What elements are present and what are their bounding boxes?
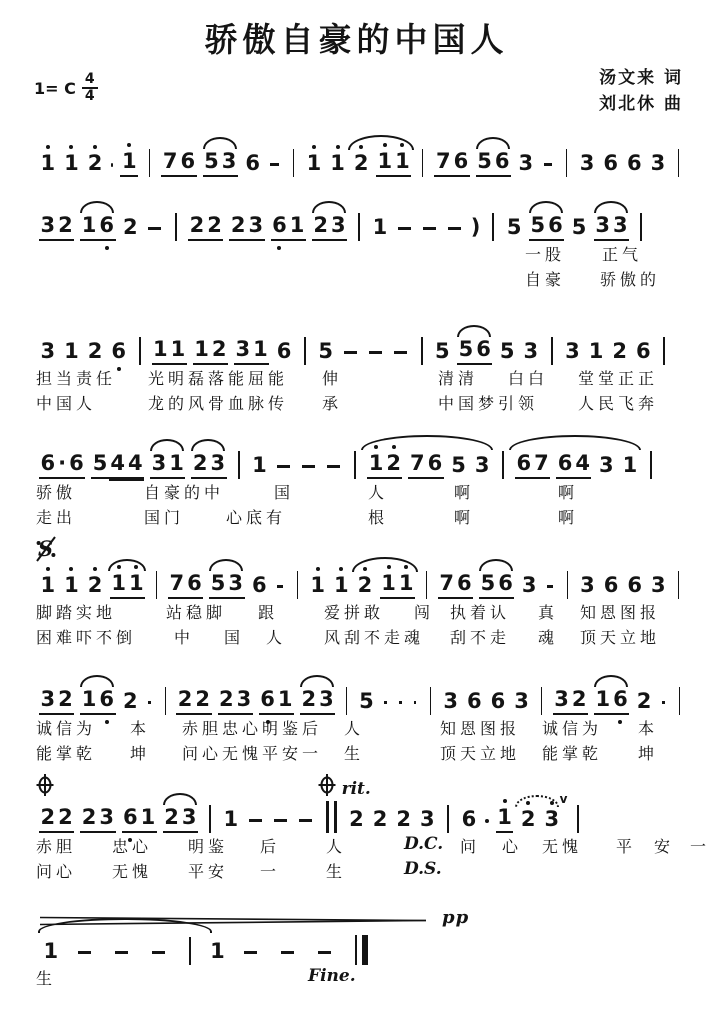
slur-arc [203, 137, 237, 149]
slur-arc [163, 793, 197, 805]
breath-mark-icon: v [560, 792, 568, 806]
augmentation-dot [485, 819, 489, 823]
note-group: 1 [496, 806, 514, 833]
lyric-row: 自豪骄傲的 [26, 266, 687, 291]
barline [678, 571, 679, 599]
octave-dot-above [46, 567, 50, 571]
note-group: 31 [150, 452, 185, 479]
lyric-text: 一 [260, 859, 280, 882]
note: 1 [367, 452, 385, 475]
note-group: 6 [110, 340, 128, 365]
lyric-text: 伸 [322, 366, 342, 389]
note: 2 [395, 808, 413, 831]
octave-dot-above [374, 445, 378, 449]
lyric-text: 生 [36, 966, 56, 989]
lyric-text: 无愧 [542, 834, 582, 857]
note: 3 [150, 452, 168, 475]
note-group: 2 [86, 152, 104, 177]
lyric-text: 坤 [638, 741, 658, 764]
barline [640, 213, 642, 241]
time-signature: 4 4 [82, 73, 98, 103]
note-group: 5 [358, 690, 376, 715]
note: 6 [612, 688, 630, 711]
note: 5 [476, 150, 494, 173]
note: 1 [120, 150, 138, 173]
duration-dash [78, 951, 91, 954]
slur-arc [300, 675, 334, 687]
lyric-row: 中国人龙的风骨血脉传承中国梦引领人民飞奔 [26, 390, 687, 415]
key-label: 1= C [34, 79, 76, 98]
note-group: 76 [161, 150, 196, 177]
music-line: 11217653611211765633663 [26, 143, 687, 177]
note: 1 [621, 454, 639, 477]
note-group: 5 [570, 216, 588, 241]
octave-dot-above [127, 143, 131, 147]
lyric-row: 困难吓不倒中国人风刮不走魂刮不走魂顶天立地 [26, 624, 687, 649]
note-group: 12 [367, 452, 402, 479]
key-time-signature: 1= C 4 4 [34, 73, 98, 103]
coda-icon [318, 773, 336, 801]
navigation-marking: D.S. [404, 859, 442, 879]
credits: 汤文来 词 刘北休 曲 [599, 65, 683, 117]
note: 6 [179, 150, 197, 173]
note: 3 [522, 340, 540, 363]
music-line: 32162222361231)556533 [26, 207, 687, 241]
note-group: 1 [587, 340, 605, 365]
note: 3 [227, 572, 245, 595]
note: 3 [594, 214, 612, 237]
duration-dash [274, 819, 287, 822]
note: 6 [602, 574, 620, 597]
note-group: 23 [80, 806, 115, 833]
lyric-row: 赤胆忠心明鉴后人D.C.问心无愧平安一 [26, 833, 687, 858]
duration-dash [302, 465, 315, 468]
score-line: 11217653611211765633663 [26, 143, 687, 177]
barline [354, 451, 356, 479]
slur-arc [529, 201, 563, 213]
slur-arc [191, 439, 225, 451]
note: 6 [625, 152, 643, 175]
barline [551, 337, 553, 365]
duration-dash [399, 701, 402, 704]
lyric-text: 执着认 [450, 600, 510, 623]
segno-icon: S [36, 535, 56, 567]
note-group: 31 [234, 338, 269, 365]
barline [156, 571, 157, 599]
duration-dash [148, 227, 161, 230]
note-group: 56 [529, 214, 564, 241]
note-group: 1 [371, 216, 389, 241]
octave-dot-above [69, 145, 73, 149]
note: 5 [450, 454, 468, 477]
note-group: 32 [39, 688, 74, 715]
note: 2 [176, 688, 194, 711]
slur-arc [479, 559, 513, 571]
note-group: 1 [621, 454, 639, 479]
note-group: 22 [176, 688, 211, 715]
navigation-marking: D.C. [404, 834, 443, 854]
duration-dash [277, 585, 283, 588]
lyric-text: 光明磊落能屈能 [148, 366, 288, 389]
note-group: 1 [63, 152, 81, 177]
lyric-text: 无愧 [112, 859, 152, 882]
note: 6 [489, 690, 507, 713]
note-group: 3 [579, 574, 597, 599]
barline [421, 337, 423, 365]
note-group: 5 [498, 340, 516, 365]
note: 6 [186, 572, 204, 595]
note-group: 32 [39, 214, 74, 241]
score-line: 32162222361231)556533一股正气自豪骄傲的 [26, 207, 687, 291]
lyric-text: 白白 [508, 366, 548, 389]
lyric-row: 骄傲自豪的中国人啊啊 [26, 479, 687, 504]
slur-arc [509, 435, 641, 450]
note-group: 11 [380, 572, 415, 599]
barline [426, 571, 427, 599]
note: 2 [80, 806, 98, 829]
lyric-text: 人 [344, 716, 364, 739]
note: 3 [318, 688, 336, 711]
note: 1 [168, 452, 186, 475]
lyric-text: 脚踏实地 [36, 600, 116, 623]
duration-dash [148, 701, 151, 704]
lyric-text: 龙的风骨血脉传 [148, 391, 288, 414]
lyric-text: 走出 [36, 505, 76, 528]
note-group: 76 [434, 150, 469, 177]
note-group: 33 [594, 214, 629, 241]
lyric-text: 中国人 [36, 391, 96, 414]
meta-row: 1= C 4 4 汤文来 词 刘北休 曲 [26, 63, 687, 117]
note: 6 [259, 688, 277, 711]
duration-dash [423, 227, 436, 230]
barline [304, 337, 306, 365]
note: 1 [309, 574, 327, 597]
note: 2 [188, 214, 206, 237]
lyric-text: 知恩图报 [440, 716, 520, 739]
note: 6 [426, 452, 444, 475]
note: 3 [330, 214, 348, 237]
note-group: 6 [251, 574, 269, 599]
note: 3 [597, 454, 615, 477]
music-line: 32162222361235366332162 [26, 681, 687, 715]
lyric-text: 本 [130, 716, 150, 739]
note: 3 [180, 806, 198, 829]
note-group: 76 [168, 572, 203, 599]
lyric-text: 堂堂正正 [578, 366, 658, 389]
note-group: 2 [122, 690, 140, 715]
note: 1 [39, 152, 57, 175]
note: 3 [235, 688, 253, 711]
duration-dash [344, 351, 357, 354]
duration-dash [547, 585, 553, 588]
note: 6 [275, 340, 293, 363]
note: 3 [234, 338, 252, 361]
note: 3 [39, 688, 57, 711]
note-group: 11 [152, 338, 187, 365]
note: 3 [39, 340, 57, 363]
note-group: 3 [520, 574, 538, 599]
lyric-row: 担当责任光明磊落能屈能伸清清白白堂堂正正 [26, 365, 687, 390]
note-group: 6 [275, 340, 293, 365]
note: 6 [493, 150, 511, 173]
note: 4 [109, 452, 127, 475]
duration-dash [249, 819, 262, 822]
note: 2 [122, 216, 140, 239]
lyric-text: 闯 [414, 600, 434, 623]
lyric-text: 坤 [130, 741, 150, 764]
note-group: 6·6 [39, 452, 85, 479]
note: 2 [57, 214, 75, 237]
lyric-text: 魂 [538, 625, 558, 648]
duration-dash [115, 951, 128, 954]
score-line: pp11生Fine. [26, 913, 687, 990]
note: · [57, 452, 68, 475]
note: 3 [39, 214, 57, 237]
note: 2 [300, 688, 318, 711]
note-group: 6 [625, 152, 643, 177]
note: 5 [570, 216, 588, 239]
lyric-text: 国门 [144, 505, 184, 528]
note-group: 6 [602, 574, 620, 599]
note: 1 [80, 688, 98, 711]
note-group: 6 [626, 574, 644, 599]
note: 6 [475, 338, 493, 361]
lyric-text: 平 [616, 834, 636, 857]
lyric-text: 顶天立地 [440, 741, 520, 764]
note: 1 [169, 338, 187, 361]
note: 6 [98, 214, 116, 237]
note-group: 2 [348, 808, 366, 833]
barline [175, 213, 177, 241]
note: 1 [252, 338, 270, 361]
note: 1 [152, 338, 170, 361]
octave-dot-above [117, 565, 121, 569]
note-group: 5 [434, 340, 452, 365]
lyric-text: 国 [224, 625, 244, 648]
note: 3 [209, 452, 227, 475]
octave-dot-above [69, 567, 73, 571]
note: 7 [438, 572, 456, 595]
note: 2 [352, 152, 370, 175]
note: 1 [288, 214, 306, 237]
note: 3 [578, 152, 596, 175]
note: 3 [517, 152, 535, 175]
note-group: 64 [556, 452, 591, 479]
octave-dot-above [387, 565, 391, 569]
note: 5 [203, 150, 221, 173]
note: 2 [122, 690, 140, 713]
lyric-row: 能掌乾坤问心无愧平安一生顶天立地能掌乾坤 [26, 740, 687, 765]
note: 5 [317, 340, 335, 363]
barline [447, 805, 449, 833]
note-group: 3 [517, 152, 535, 177]
score-line: S112117653611211765633663脚踏实地站稳脚跟爱拼敢闯执着认… [26, 565, 687, 649]
note: 1 [80, 214, 98, 237]
barline [149, 149, 150, 177]
note: 5 [529, 214, 547, 237]
barline [650, 451, 652, 479]
note-group: 2 [635, 690, 653, 715]
duration-dash [414, 701, 417, 704]
note: 4 [126, 452, 144, 475]
note-group: 76 [408, 452, 443, 479]
barline [293, 149, 294, 177]
note: 1 [110, 572, 128, 595]
note: 5 [358, 690, 376, 713]
note-group: 6 [489, 690, 507, 715]
note-group: 1 [309, 574, 327, 599]
note-group: 2 [371, 808, 389, 833]
note: 6 [602, 152, 620, 175]
lyric-text: 中 [174, 625, 194, 648]
octave-dot-above [503, 799, 507, 803]
lyric-text: 刮不走 [450, 625, 510, 648]
note-group: 3 [522, 340, 540, 365]
lyric-text: 能掌乾 [542, 741, 602, 764]
note: 1 [376, 150, 394, 173]
note-group: 22 [39, 806, 74, 833]
barline [422, 149, 423, 177]
slur-arc [80, 201, 114, 213]
note: 1 [397, 572, 415, 595]
note: 1 [39, 574, 57, 597]
note-group: 6 [602, 152, 620, 177]
lyric-text: 骄傲的 [600, 267, 660, 290]
lyric-text: 诚信为 [542, 716, 602, 739]
octave-dot-above [336, 145, 340, 149]
note: 1 [276, 688, 294, 711]
note: 1 [251, 454, 269, 477]
lyric-text: 国 [274, 480, 294, 503]
note-group: 3 [649, 152, 667, 177]
note: 6 [626, 574, 644, 597]
lyric-text: 自豪的中 [144, 480, 224, 503]
note: 3 [247, 214, 265, 237]
note-group: 1 [120, 150, 138, 177]
note-group: 56 [479, 572, 514, 599]
lyric-text: 爱拼敢 [324, 600, 384, 623]
octave-dot-above [404, 565, 408, 569]
note: 6 [515, 452, 533, 475]
note-group: 3 [513, 690, 531, 715]
note: 7 [408, 452, 426, 475]
lyric-text: 啊 [454, 480, 474, 503]
note-group: 6 [635, 340, 653, 365]
lyric-text: 正气 [602, 242, 642, 265]
note: 6 [497, 572, 515, 595]
octave-dot-above [134, 565, 138, 569]
note: 7 [533, 452, 551, 475]
lyric-row: 诚信为本赤胆忠心明鉴后人知恩图报诚信为本 [26, 715, 687, 740]
octave-dot-above [316, 567, 320, 571]
note: 6 [244, 152, 262, 175]
note-group: 61 [259, 688, 294, 715]
note-group: 61 [122, 806, 157, 833]
duration-dash [327, 465, 340, 468]
note: 6 [122, 806, 140, 829]
score-line: 222361231rit.22236123v赤胆忠心明鉴后人D.C.问心无愧平安… [26, 799, 687, 883]
note: 6 [251, 574, 269, 597]
note: 2 [57, 806, 75, 829]
slur-arc [594, 201, 628, 213]
note: 2 [635, 690, 653, 713]
barline [297, 571, 298, 599]
note-group: 53 [209, 572, 244, 599]
note: 3 [564, 340, 582, 363]
octave-dot-above [93, 145, 97, 149]
note: 5 [457, 338, 475, 361]
note-group: 53 [203, 150, 238, 177]
note-group: 6 [465, 690, 483, 715]
note-group: 1 [63, 340, 81, 365]
slur-arc [457, 325, 491, 337]
note-group: 16 [80, 688, 115, 715]
note: 2 [218, 688, 236, 711]
note: 6 [110, 340, 128, 363]
barline [209, 805, 211, 833]
duration-dash [318, 951, 331, 954]
lyric-text: 后 [260, 834, 280, 857]
slur-arc [348, 135, 414, 150]
note-group: 3 [597, 454, 615, 479]
note: 6 [556, 452, 574, 475]
note: 4 [574, 452, 592, 475]
sheet-music-page: 骄傲自豪的中国人 1= C 4 4 汤文来 词 刘北休 曲 1121765361… [0, 0, 709, 990]
note: 3 [649, 152, 667, 175]
note-group: 23 [218, 688, 253, 715]
lyric-text: 担当责任 [36, 366, 116, 389]
barline [577, 805, 579, 833]
lyric-text: 跟 [258, 600, 278, 623]
note-group: 2 [395, 808, 413, 833]
note: 1 [209, 940, 227, 963]
note: 3 [473, 454, 491, 477]
coda-icon [36, 773, 54, 801]
music-line: 6·654431231127653676431 [26, 445, 687, 479]
note-group: 3 [419, 808, 437, 833]
note: 6 [455, 572, 473, 595]
note: 3 [579, 574, 597, 597]
score-body: 1121765361121176563366332162222361231)55… [26, 143, 687, 990]
score-line: 312611123165556533126担当责任光明磊落能屈能伸清清白白堂堂正… [26, 331, 687, 415]
lyric-row: 生Fine. [26, 965, 687, 990]
note-group: 2 [86, 574, 104, 599]
note: 2 [86, 152, 104, 175]
lyric-text: 啊 [454, 505, 474, 528]
note-group: 3 [442, 690, 460, 715]
barline [358, 213, 360, 241]
note-group: 2 [611, 340, 629, 365]
note: 2 [611, 340, 629, 363]
note: 1 [139, 806, 157, 829]
note-group: 1 [251, 454, 269, 479]
octave-dot-above [359, 145, 363, 149]
note-group: 32 [553, 688, 588, 715]
note: 2 [371, 808, 389, 831]
note-group: 3 [473, 454, 491, 479]
note: 6 [39, 452, 57, 475]
lyric-text: 自豪 [525, 267, 565, 290]
note-group: 3 [564, 340, 582, 365]
final-barline [355, 935, 368, 965]
slur-arc [361, 435, 493, 450]
note-group: 23 [163, 806, 198, 833]
note: 1 [496, 806, 514, 829]
barline [238, 451, 240, 479]
note: 3 [419, 808, 437, 831]
note: 1 [63, 340, 81, 363]
lyric-text: 本 [638, 716, 658, 739]
